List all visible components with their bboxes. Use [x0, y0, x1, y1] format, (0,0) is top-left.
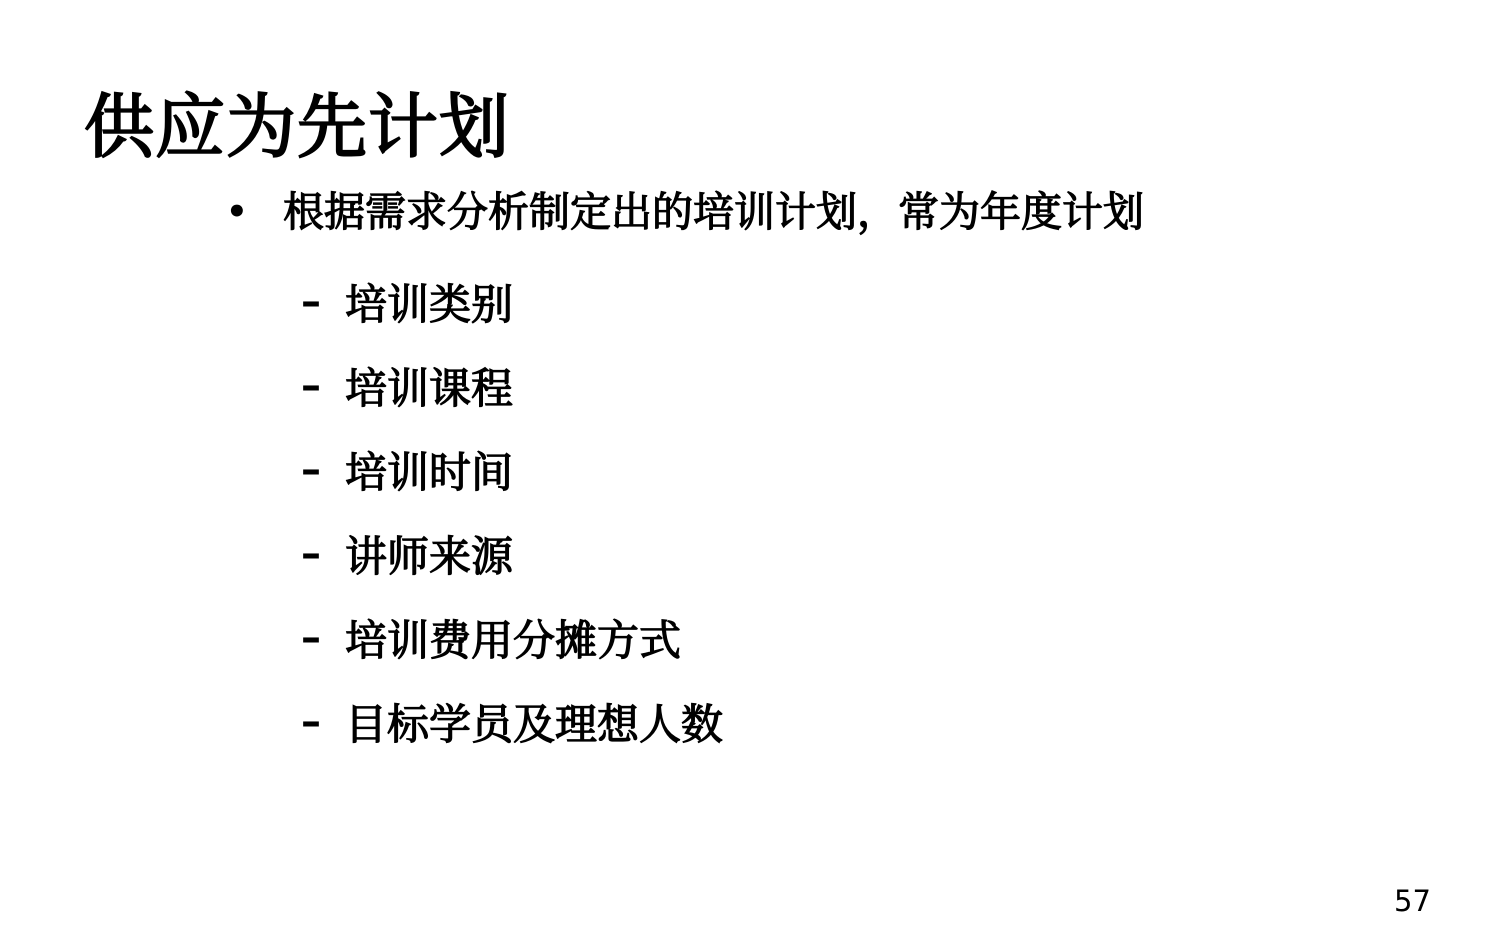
sub-bullet-item: –培训类别 — [0, 260, 1500, 344]
sub-bullet-list: –培训类别–培训课程–培训时间–讲师来源–培训费用分摊方式–目标学员及理想人数 — [0, 260, 1500, 764]
dash-marker: – — [301, 699, 345, 745]
sub-bullet-item: –目标学员及理想人数 — [0, 680, 1500, 764]
page-title: 供应为先计划 — [84, 89, 510, 166]
dash-marker: – — [301, 363, 345, 409]
page-number: 57 — [1394, 884, 1431, 918]
sub-bullet-item: –讲师来源 — [0, 512, 1500, 596]
presentation-slide: 供应为先计划 • 根据需求分析制定出的培训计划，常为年度计划 –培训类别–培训课… — [0, 0, 1500, 937]
dash-marker: – — [301, 279, 345, 325]
bullet-marker: • — [226, 186, 283, 238]
sub-bullet-item: –培训课程 — [0, 344, 1500, 428]
main-bullet-text: 根据需求分析制定出的培训计划，常为年度计划 — [283, 186, 1144, 238]
sub-bullet-item: –培训时间 — [0, 428, 1500, 512]
dash-marker: – — [301, 531, 345, 577]
sub-bullet-text: 讲师来源 — [345, 524, 513, 584]
sub-bullet-item: –培训费用分摊方式 — [0, 596, 1500, 680]
sub-bullet-text: 培训费用分摊方式 — [345, 608, 681, 668]
sub-bullet-text: 目标学员及理想人数 — [345, 692, 723, 752]
dash-marker: – — [301, 615, 345, 661]
dash-marker: – — [301, 447, 345, 493]
sub-bullet-text: 培训时间 — [345, 440, 513, 500]
sub-bullet-text: 培训类别 — [345, 272, 513, 332]
sub-bullet-text: 培训课程 — [345, 356, 513, 416]
